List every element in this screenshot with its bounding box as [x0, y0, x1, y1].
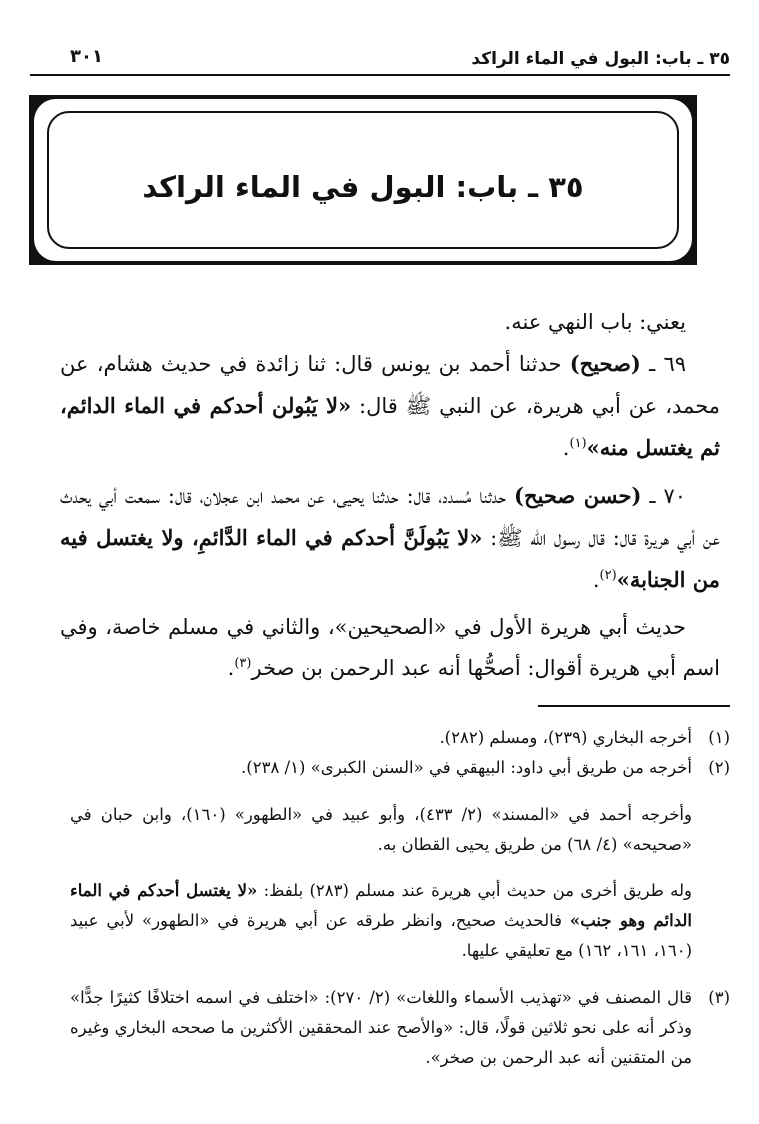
footnote-ref-1[interactable]: (١)	[569, 436, 586, 451]
footnote-ref-3[interactable]: (٣)	[234, 656, 251, 671]
chapter-frame-outer: ٣٥ ـ باب: البول في الماء الراكد	[34, 99, 692, 261]
footnote-number: (٣)	[692, 983, 730, 1073]
footnote-number: (٢)	[692, 753, 730, 783]
footnote-2-continuation: وأخرجه أحمد في «المسند» (٢/ ٤٣٣)، وأبو ع…	[70, 800, 730, 860]
main-text: يعني: باب النهي عنه. ٦٩ ـ (صحيح) حدثنا أ…	[60, 302, 720, 689]
chapter-title: ٣٥ ـ باب: البول في الماء الراكد	[142, 167, 583, 207]
hadith-number: ٦٩ ـ	[649, 352, 686, 376]
hadith-69: ٦٩ ـ (صحيح) حدثنا أحمد بن يونس قال: ثنا …	[60, 343, 720, 469]
chapter-title-frame: ٣٥ ـ باب: البول في الماء الراكد	[29, 95, 697, 265]
footnote-2-continuation-2: وله طريق أخرى من حديث أبي هريرة عند مسلم…	[70, 876, 730, 966]
commentary-text: حديث أبي هريرة الأول في «الصحيحين»، والث…	[60, 615, 720, 680]
running-title: ٣٥ ـ باب: البول في الماء الراكد	[471, 48, 730, 70]
page-number: ٣٠١	[70, 46, 103, 68]
footnote-separator	[538, 705, 730, 707]
footnote-number: (١)	[692, 723, 730, 753]
header-rule	[30, 74, 730, 76]
footnote-ref-2[interactable]: (٢)	[600, 568, 617, 583]
footnote-3: (٣) قال المصنف في «تهذيب الأسماء واللغات…	[70, 983, 730, 1073]
sentence-end: .	[593, 568, 600, 592]
footnote-1: (١) أخرجه البخاري (٢٣٩)، ومسلم (٢٨٢).	[70, 723, 730, 753]
footnote-text: قال المصنف في «تهذيب الأسماء واللغات» (٢…	[70, 983, 692, 1073]
intro-line: يعني: باب النهي عنه.	[60, 302, 720, 343]
hadith-grade: (صحيح)	[570, 351, 641, 376]
chapter-frame-inner: ٣٥ ـ باب: البول في الماء الراكد	[47, 111, 679, 249]
hadith-number: ٧٠ ـ	[649, 484, 686, 508]
commentary-paragraph: حديث أبي هريرة الأول في «الصحيحين»، والث…	[60, 607, 720, 689]
footnote-text: أخرجه من طريق أبي داود: البيهقي في «السن…	[70, 753, 692, 783]
running-header: ٣٥ ـ باب: البول في الماء الراكد ٣٠١	[62, 40, 730, 74]
hadith-grade: (حسن صحيح)	[514, 483, 641, 508]
footnotes: (١) أخرجه البخاري (٢٣٩)، ومسلم (٢٨٢). (٢…	[70, 723, 730, 1073]
footnote-2: (٢) أخرجه من طريق أبي داود: البيهقي في «…	[70, 753, 730, 783]
footnote-text: أخرجه البخاري (٢٣٩)، ومسلم (٢٨٢).	[70, 723, 692, 753]
book-page: ٣٥ ـ باب: البول في الماء الراكد ٣٠١ ٣٥ ـ…	[62, 40, 730, 74]
hadith-70: ٧٠ ـ (حسن صحيح) حدثنا مُسدد، قال: حدثنا …	[60, 475, 720, 601]
footnote-text: وله طريق أخرى من حديث أبي هريرة عند مسلم…	[264, 881, 692, 900]
